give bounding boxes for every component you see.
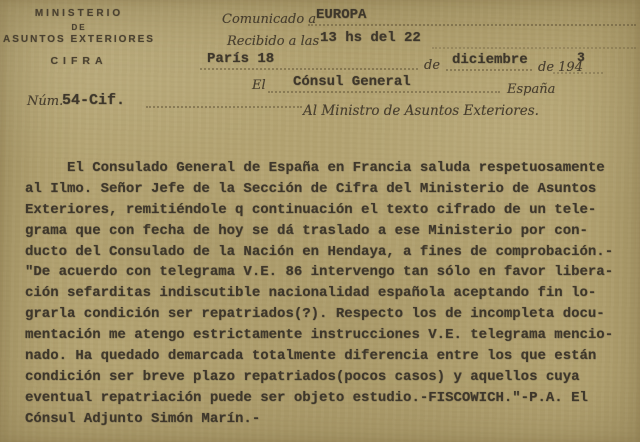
body-line: El Consulado General de España en Franci…: [25, 158, 635, 179]
recibido-rule: [432, 47, 636, 49]
body-line: ducto del Consulado de la Nación en Hend…: [25, 242, 635, 263]
espana-label: España: [507, 82, 555, 97]
body-line: Exteriores, remitiéndole q continuación …: [25, 200, 635, 221]
place-rule: [200, 68, 418, 70]
body-line: ción sefarditas indiscutible nacionalida…: [25, 283, 635, 304]
body-line: eventual repatriación puede ser objeto e…: [25, 388, 635, 409]
body-line: grarla condición ser repatriados(?). Res…: [25, 304, 635, 325]
letterhead-line-ministerio: MINISTERIO: [0, 8, 158, 19]
document-page: MINISTERIO DE ASUNTOS EXTERIORES CIFRA N…: [0, 0, 640, 442]
year-value: 3: [577, 50, 585, 65]
body-line: nado. Ha quedado demarcada totalmente di…: [25, 346, 635, 367]
comunicado-rule: [308, 24, 636, 26]
body-line: "De acuerdo con telegrama V.E. 86 interv…: [25, 262, 635, 283]
body-line: al Ilmo. Señor Jefe de la Sección de Cif…: [25, 179, 635, 200]
place-value: París 18: [207, 51, 274, 67]
letterhead-line-de: DE: [0, 23, 158, 32]
el-value: Cónsul General: [293, 74, 411, 90]
letterhead-line-cifra: CIFRA: [0, 55, 158, 67]
el-label: El: [252, 78, 266, 93]
de-label: de: [424, 58, 440, 73]
el-rule: [268, 91, 500, 93]
body-line: Cónsul Adjunto Simón Marín.-: [25, 409, 635, 430]
body-line: mentación me atengo estrictamente instru…: [25, 325, 635, 346]
recibido-value: 13 hs del 22: [320, 30, 421, 46]
recibido-label: Recibido a las: [227, 34, 319, 49]
body-line: grama que con fecha de hoy se dá traslad…: [25, 221, 635, 242]
letterhead-line-asuntos-exteriores: ASUNTOS EXTERIORES: [0, 34, 158, 45]
number-label: Núm.: [27, 94, 63, 109]
body-line: condición ser breve plazo repatriados(po…: [25, 367, 635, 388]
comunicado-value: EUROPA: [316, 7, 366, 23]
comunicado-label: Comunicado a: [222, 12, 316, 27]
body-text: El Consulado General de España en Franci…: [25, 158, 635, 430]
month-rule: [446, 69, 532, 71]
month-value: diciembre: [452, 52, 528, 68]
addressee-line: Al Ministro de Asuntos Exteriores.: [303, 103, 539, 119]
number-value: 54-Cif.: [62, 92, 125, 109]
number-rule: [146, 106, 302, 108]
year-rule: [553, 72, 603, 74]
